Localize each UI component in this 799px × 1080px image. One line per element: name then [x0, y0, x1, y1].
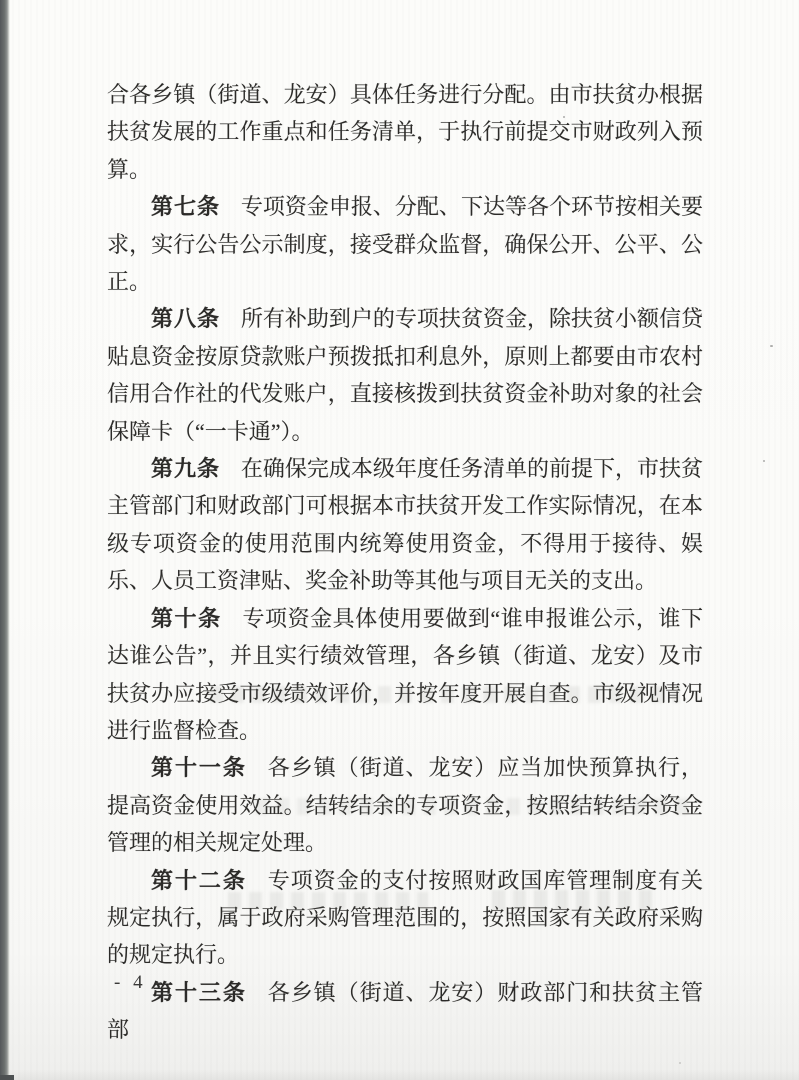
scanner-corner-shadow — [0, 1075, 14, 1080]
clause-heading: 第八条 — [151, 306, 220, 331]
scan-speck — [563, 116, 565, 118]
paragraph-article-13: 第十三条各乡镇（街道、龙安）财政部门和扶贫主管部 — [107, 974, 703, 1049]
clause-heading: 第七条 — [151, 194, 220, 219]
paragraph-article-8: 第八条所有补助到户的专项扶贫资金，除扶贫小额信贷贴息资金按原贷款账户预拨抵扣利息… — [107, 300, 703, 450]
clause-heading: 第九条 — [151, 456, 220, 481]
scanner-edge-shadow — [0, 0, 10, 1080]
scan-speck — [763, 460, 765, 462]
paragraph-article-12: 第十二条专项资金的支付按照财政国库管理制度有关规定执行，属于政府采购管理范围的，… — [107, 862, 703, 974]
scan-speck — [679, 1062, 681, 1064]
scan-speck — [770, 345, 773, 347]
paragraph-article-9: 第九条在确保完成本级年度任务清单的前提下，市扶贫主管部门和财政部门可根据本市扶贫… — [107, 450, 703, 600]
paragraph-text: 合各乡镇（街道、龙安）具体任务进行分配。由市扶贫办根据扶贫发展的工作重点和任务清… — [107, 82, 703, 182]
paragraph-article-7: 第七条专项资金申报、分配、下达等各个环节按相关要求，实行公告公示制度，接受群众监… — [107, 188, 703, 300]
scanned-document-page: 合各乡镇（街道、龙安）具体任务进行分配。由市扶贫办根据扶贫发展的工作重点和任务清… — [0, 0, 799, 1080]
clause-heading: 第十一条 — [151, 755, 247, 780]
clause-heading: 第十条 — [151, 606, 222, 631]
paragraph-article-10: 第十条专项资金具体使用要做到“谁申报谁公示，谁下达谁公告”，并且实行绩效管理，各… — [107, 600, 703, 750]
paragraph-continuation: 合各乡镇（街道、龙安）具体任务进行分配。由市扶贫办根据扶贫发展的工作重点和任务清… — [107, 76, 703, 188]
clause-heading: 第十二条 — [151, 868, 247, 893]
document-text-block: 合各乡镇（街道、龙安）具体任务进行分配。由市扶贫办根据扶贫发展的工作重点和任务清… — [107, 76, 703, 1049]
paragraph-article-11: 第十一条各乡镇（街道、龙安）应当加快预算执行，提高资金使用效益。结转结余的专项资… — [107, 749, 703, 861]
page-number: - 4 - — [114, 972, 166, 994]
